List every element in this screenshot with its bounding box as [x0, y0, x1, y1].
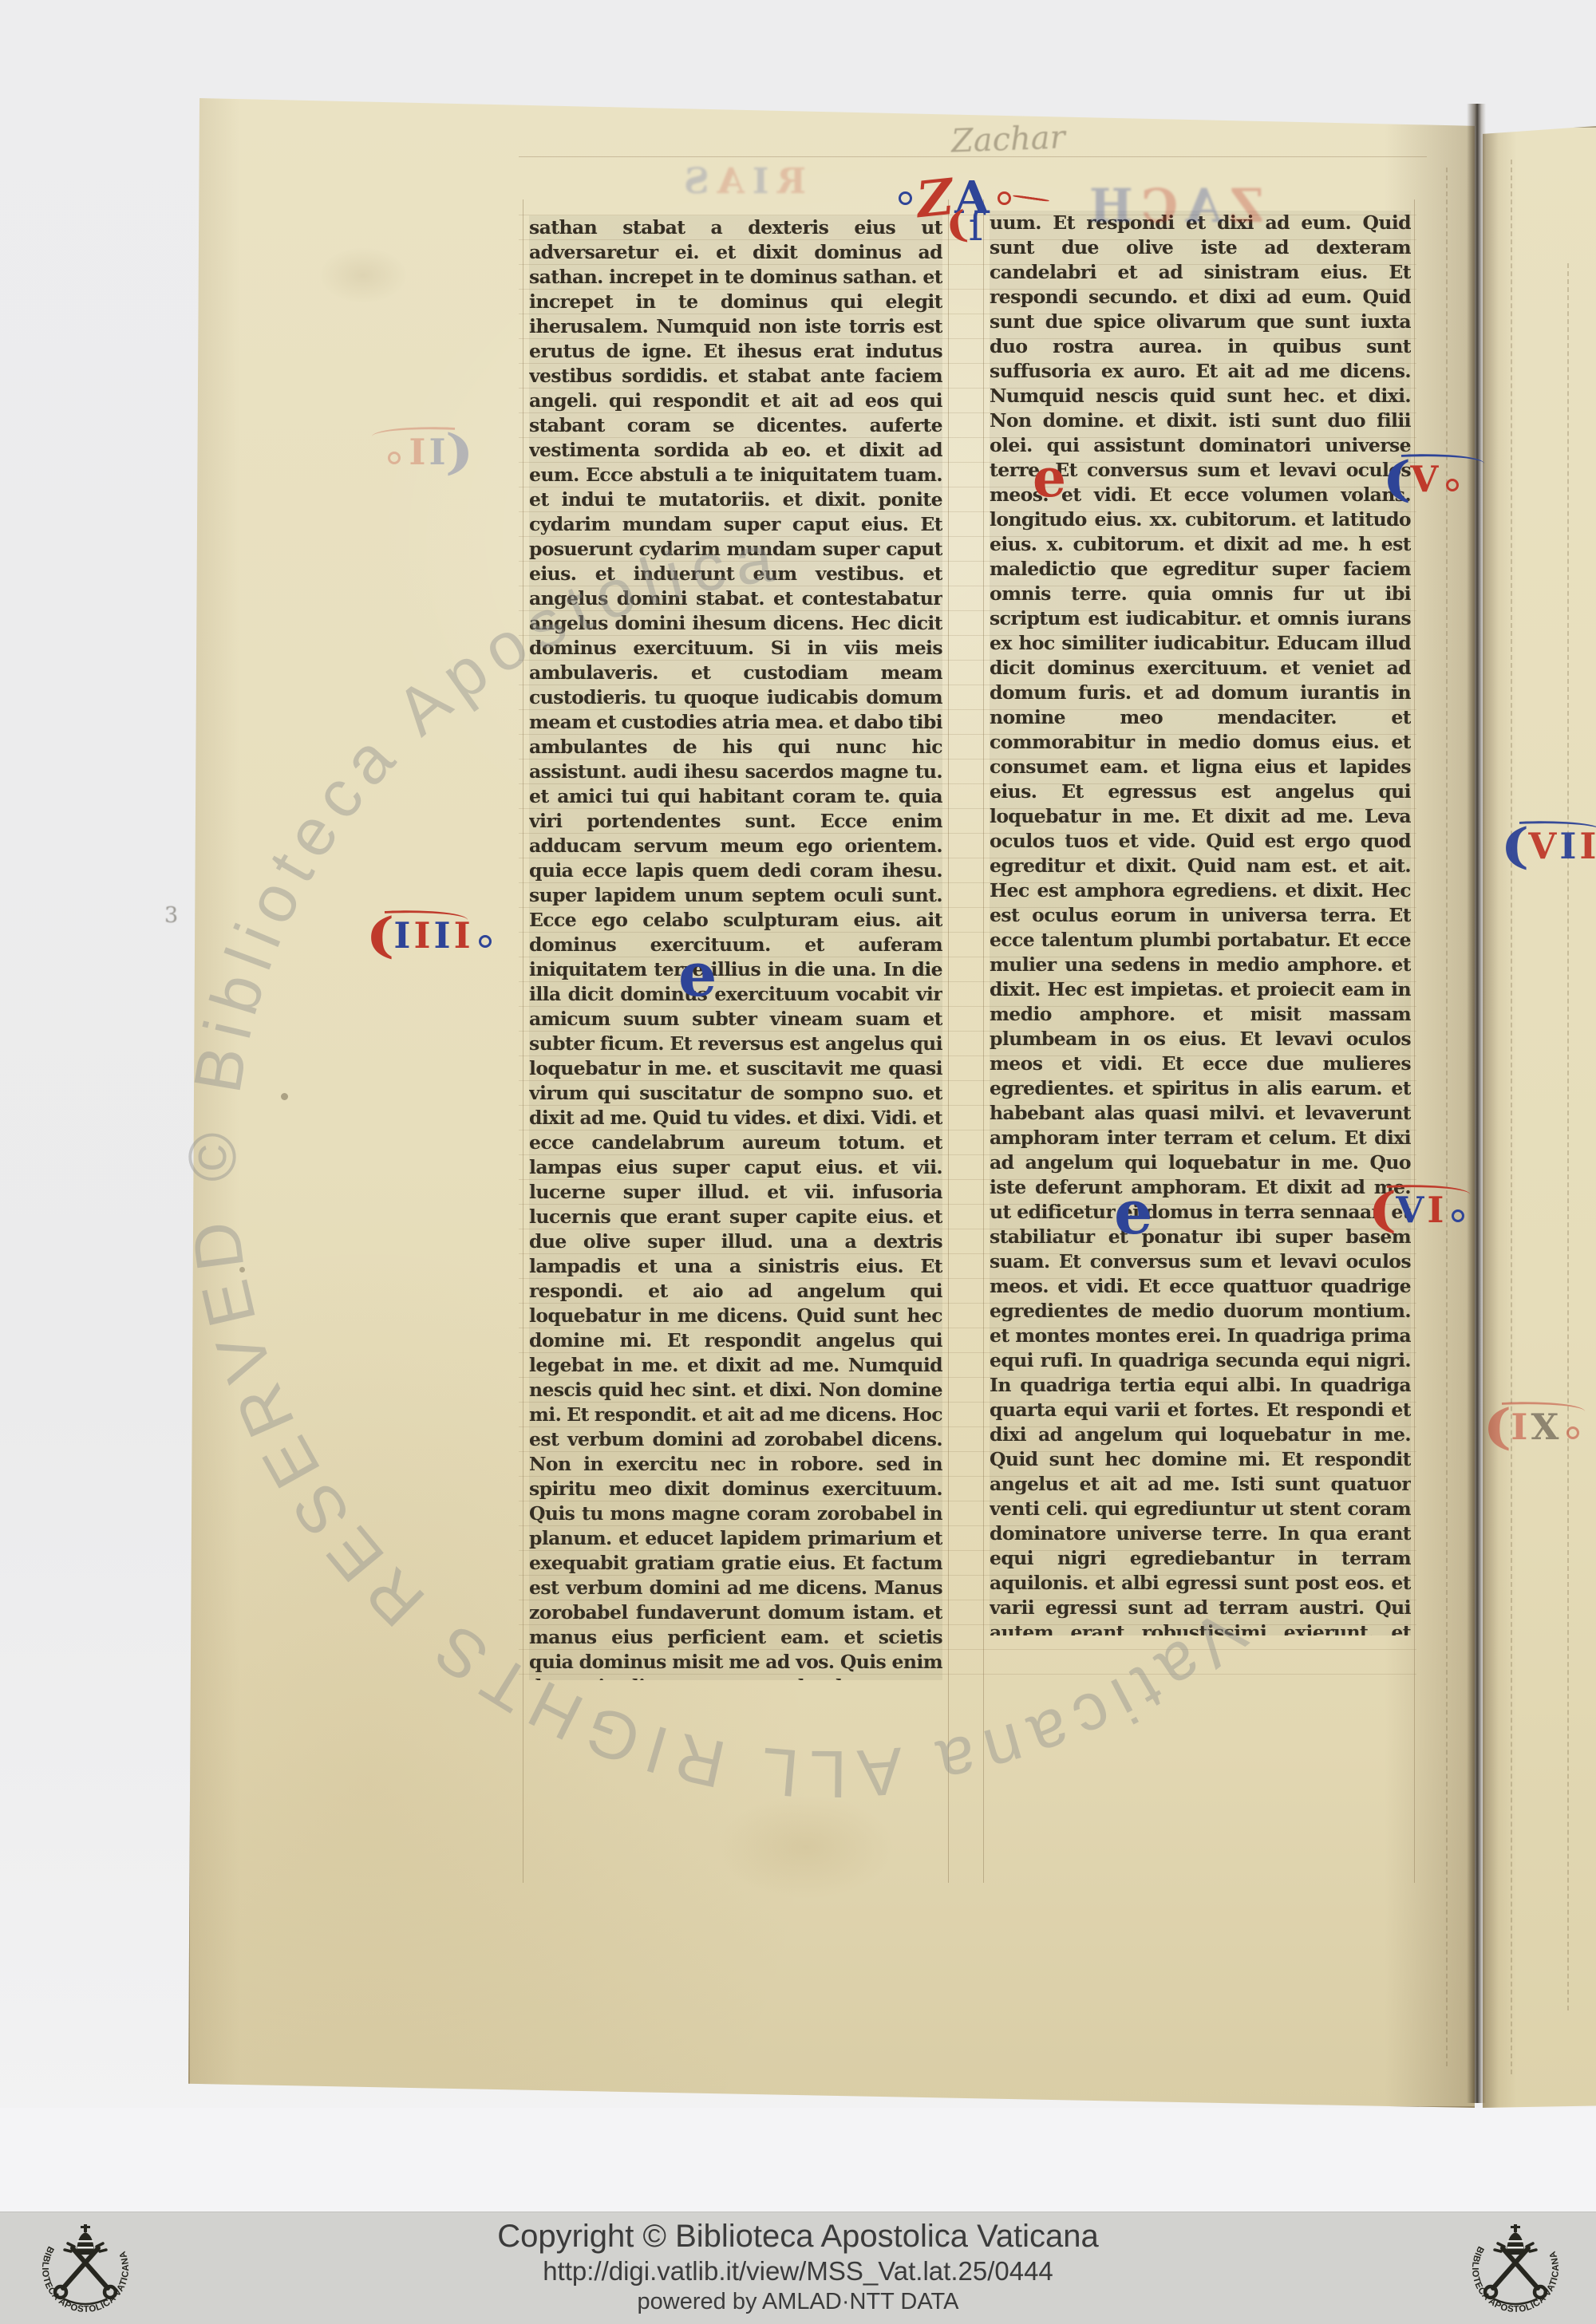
pen-dot-icon	[479, 935, 492, 948]
paraph-icon: (	[1382, 460, 1412, 499]
decorated-initial: e	[1033, 458, 1066, 499]
chapter-numeral-letter: V	[1528, 831, 1557, 863]
vatican-library-logo-right: BIBLIOTECA APOSTOLICA VATICANA	[1456, 2210, 1574, 2324]
pen-flourish-dot-icon	[997, 191, 1011, 205]
chapter-numeral-letter: I	[393, 920, 411, 953]
chapter-mark-V: (V	[1385, 453, 1484, 499]
parchment-stain	[319, 247, 407, 303]
paraph-icon: (	[1483, 1408, 1512, 1447]
pricking-line-margin	[1446, 168, 1448, 2066]
text-column-left: sathan stabat a dexteris eius ut adversa…	[529, 215, 942, 1680]
parchment-speck	[281, 1093, 288, 1100]
ruling-line-col1-left	[523, 199, 523, 1883]
scan-background-strip	[0, 2108, 1596, 2212]
margin-pencil-mark: 3	[164, 903, 178, 928]
chapter-numeral-letter: V	[1396, 1194, 1424, 1227]
gutter-shadow	[1467, 104, 1486, 2103]
pricking-line-folio2-b	[1567, 263, 1569, 2010]
ghost-title-bleedthrough-right: ZACH	[1085, 185, 1267, 227]
footer-text-block: Copyright © Biblioteca Apostolica Vatica…	[0, 2217, 1596, 2316]
chapter-numeral-letter: I	[408, 436, 425, 469]
copyright-line: Copyright © Biblioteca Apostolica Vatica…	[497, 2217, 1099, 2255]
chapter-numeral-letter: I	[1559, 831, 1577, 863]
chapter-numeral-letter: I	[434, 920, 452, 953]
chapter-numeral-letter: I	[1427, 1194, 1444, 1227]
pencil-note: Zachar	[950, 120, 1065, 160]
footer-bar: Copyright © Biblioteca Apostolica Vatica…	[0, 2212, 1596, 2324]
pen-flourish-dash-icon	[1013, 195, 1049, 202]
ghost-letter: I	[753, 166, 769, 198]
parchment-stain	[718, 1795, 894, 1899]
ghost-letter: A	[717, 166, 745, 198]
manuscript-scan: 3 Zachar Z A ZACH RIAS ( ſ sathan stabat…	[0, 0, 1596, 2324]
ruling-line-col2-right	[1414, 199, 1415, 1883]
red-paraph-icon: (	[943, 207, 970, 246]
paraph-icon: (	[444, 433, 474, 472]
next-folio-edge	[1483, 126, 1596, 2108]
ghost-letter: H	[1089, 185, 1133, 227]
decorated-initial: e	[1114, 1189, 1152, 1236]
paraph-icon: (	[1368, 1191, 1397, 1230]
paraph-icon: (	[1500, 827, 1530, 866]
pen-dot-icon	[1566, 1426, 1579, 1439]
chapter-numeral-letter: V	[1410, 464, 1439, 496]
intercolumn-pen-mark: ( ſ	[948, 209, 983, 245]
chapter-mark-II: (II	[372, 426, 471, 472]
chapter-numeral-letter: I	[1579, 831, 1596, 863]
vatican-library-logo-left: BIBLIOTECA APOSTOLICA VATICANA	[26, 2210, 144, 2324]
parchment-speck	[239, 1267, 245, 1272]
chapter-mark-XI: (IX	[1486, 1401, 1585, 1447]
chapter-mark-VI: (VI	[1371, 1184, 1470, 1230]
pen-flourish-icon	[1519, 819, 1596, 835]
digitization-url: http://digi.vatlib.it/view/MSS_Vat.lat.2…	[543, 2255, 1053, 2287]
ghost-letter: R	[777, 166, 807, 198]
pen-dot-icon	[1446, 479, 1459, 491]
chapter-numeral-letter: I	[454, 920, 472, 953]
pen-dot-icon	[1452, 1209, 1464, 1222]
chapter-numeral-letter: I	[413, 920, 431, 953]
ghost-letter: A	[1186, 185, 1222, 227]
ghost-letter: S	[684, 166, 709, 198]
ghost-letter: C	[1141, 185, 1178, 227]
pen-flourish-ring-icon	[899, 191, 912, 205]
blue-stroke-icon: ſ	[969, 209, 984, 245]
chapter-mark-VII: (VII	[1503, 820, 1596, 866]
ruling-line-col1-right	[948, 199, 949, 1883]
ghost-title-bleedthrough-left: RIAS	[680, 166, 810, 198]
ghost-letter: Z	[1230, 185, 1263, 227]
paraph-icon: (	[365, 917, 395, 956]
chapter-numeral-letter: I	[429, 436, 446, 469]
pricking-line-folio2-a	[1511, 160, 1512, 2074]
chapter-numeral-letter: I	[1511, 1411, 1528, 1444]
pen-dot-icon	[388, 452, 401, 464]
decorated-initial: e	[678, 951, 717, 998]
text-column-right: uum. Et respondi et dixi ad eum. Quid su…	[990, 211, 1411, 1635]
powered-by-line: powered by AMLAD·NTT DATA	[638, 2287, 959, 2316]
ruling-line-col2-left	[983, 199, 984, 1883]
chapter-numeral-letter: X	[1531, 1411, 1559, 1444]
chapter-mark-IIII: (IIII	[369, 909, 492, 956]
